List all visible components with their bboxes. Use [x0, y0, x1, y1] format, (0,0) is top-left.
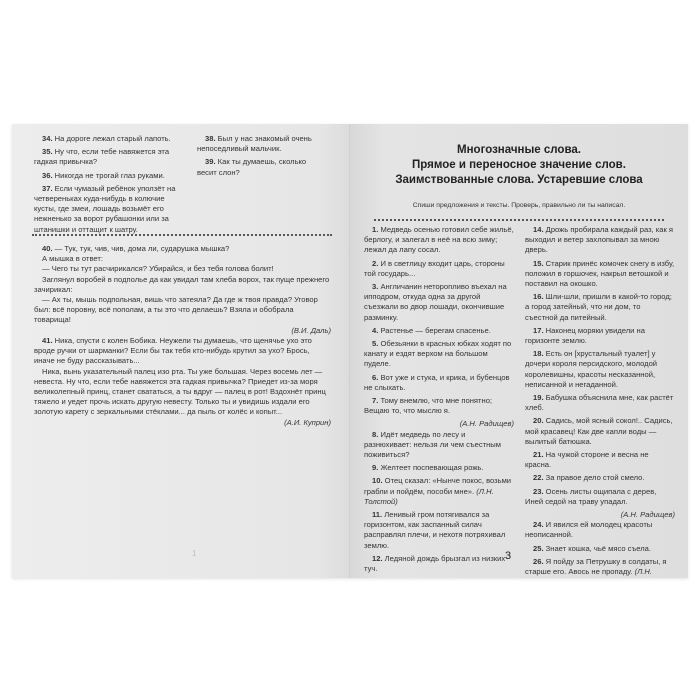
exercise-paragraph: — Чего ты тут расчирикался? Убирайся, и … [34, 264, 331, 274]
exercise-text: Никогда не трогай глаз руками. [55, 171, 165, 180]
exercise-text: — Чего ты тут расчирикался? Убирайся, и … [42, 264, 274, 273]
exercise-text: Старик принёс комочек снегу в избу, поло… [525, 259, 674, 288]
exercise-item: 19. Бабушка объяснила мне, как растёт хл… [525, 393, 675, 413]
exercise-item: 1. Медведь осенью готовил себе жильё, бе… [364, 225, 514, 256]
exercise-paragraph: А мышка в ответ: [34, 254, 331, 264]
exercise-number: 24. [533, 520, 546, 529]
title-line-1: Многозначные слова. [350, 143, 688, 158]
exercise-item: 34. На дороге лежал старый лапоть. [34, 134, 186, 144]
exercise-text: Ника, вынь указательный палец изо рта. Т… [34, 367, 326, 417]
exercise-text: Есть он [хрустальный туалет] у дочери ко… [525, 349, 657, 389]
exercise-item: 38. Был у нас знакомый очень непоседливы… [197, 134, 327, 154]
exercise-number: 36. [42, 171, 55, 180]
exercise-paragraph: 41. Ника, спусти с колен Бобика. Неужели… [34, 336, 331, 367]
exercise-item: 13. С ужасающим воем кот сорвался с берё… [364, 577, 514, 578]
exercise-number: 40. [42, 244, 55, 253]
left-page-top-right-column: 38. Был у нас знакомый очень непоседливы… [197, 134, 327, 181]
instruction-text: Спиши предложения и тексты. Проверь, пра… [370, 202, 668, 209]
exercise-item: 4. Растенье — берегам спасенье. [364, 326, 514, 336]
exercise-text: А мышка в ответ: [42, 254, 103, 263]
exercise-number: 11. [372, 510, 384, 519]
exercise-number: 20. [533, 416, 546, 425]
right-page-column-2: 14. Дрожь пробирала каждый раз, как я вы… [525, 225, 675, 578]
exercise-number: 21. [533, 450, 546, 459]
exercise-number: 10. [372, 476, 385, 485]
exercise-number: 37. [42, 184, 55, 193]
exercise-text: Англичанин неторопливо въехал на ипподро… [364, 282, 507, 322]
author-citation: (А.И. Куприн) [34, 418, 331, 428]
exercise-number: 35. [42, 147, 55, 156]
exercise-item: 2. И в светлицу входит царь, стороны той… [364, 259, 514, 279]
exercise-item: 22. За правое дело стой смело. [525, 473, 675, 483]
exercise-number: 18. [533, 349, 546, 358]
exercise-text: — Ах ты, мышь подпольная, вишь что затея… [34, 295, 318, 324]
exercise-text: Вот уже и стука, и крика, и бубенцов не … [364, 373, 510, 392]
exercise-number: 23. [533, 487, 546, 496]
dotted-divider [32, 234, 332, 236]
exercise-text: Дрожь пробирала каждый раз, как я выходи… [525, 225, 673, 254]
exercise-text: Ледяной дождь брызгал из низких туч. [364, 554, 505, 573]
exercise-item: 15. Старик принёс комочек снегу в избу, … [525, 259, 675, 290]
exercise-text: Растенье — берегам спасенье. [380, 326, 490, 335]
exercise-item: 37. Если чумазый ребёнок уползёт на четв… [34, 184, 186, 235]
exercise-text: Ленивый гром потягивался за горизонтом, … [364, 510, 505, 550]
exercise-number: 41. [42, 336, 55, 345]
exercise-text: За правое дело стой смело. [546, 473, 645, 482]
exercise-item: 16. Шли-шли, пришли в какой-то город; а … [525, 292, 675, 323]
exercise-item: 9. Желтеет поспевающая рожь. [364, 463, 514, 473]
right-page-column-1: 1. Медведь осенью готовил себе жильё, бе… [364, 225, 514, 578]
exercise-item: 20. Садись, мой ясный сокол!.. Садись, м… [525, 416, 675, 447]
exercise-item: 26. Я пойду за Петрушку в солдаты, я ста… [525, 557, 675, 578]
exercise-number: 14. [533, 225, 546, 234]
exercise-item: 39. Как ты думаешь, сколько весит слон? [197, 157, 327, 177]
exercise-40: 40. — Тук, тук, чив, чив, дома ли, судар… [34, 244, 331, 336]
exercise-item: 3. Англичанин неторопливо въехал на иппо… [364, 282, 514, 323]
exercise-item: 7. Тому внемлю, что мне понятно; Вещаю т… [364, 396, 514, 416]
exercise-paragraph: Заглянул воробей в подполье да как увида… [34, 275, 331, 295]
exercise-text: Заглянул воробей в подполье да как увида… [34, 275, 329, 294]
left-page-top-left-column: 34. На дороге лежал старый лапоть.35. Ну… [34, 134, 186, 238]
exercise-item: 10. Отец сказал: «Нынче покос, возьми гр… [364, 476, 514, 507]
right-page: Многозначные слова. Прямое и переносное … [350, 124, 688, 578]
left-page: 34. На дороге лежал старый лапоть.35. Ну… [12, 124, 350, 578]
exercise-number: 15. [533, 259, 546, 268]
author-citation: (В.И. Даль) [34, 326, 331, 336]
exercise-41: 41. Ника, спусти с колен Бобика. Неужели… [34, 336, 331, 428]
exercise-number: 13. [372, 577, 385, 578]
exercise-text: Ну что, если тебе навяжется эта гадкая п… [34, 147, 169, 166]
exercise-item: 14. Дрожь пробирала каждый раз, как я вы… [525, 225, 675, 256]
open-workbook: 34. На дороге лежал старый лапоть.35. Ну… [12, 124, 688, 578]
exercise-text: — Тук, тук, чив, чив, дома ли, сударушка… [55, 244, 230, 253]
exercise-text: Тому внемлю, что мне понятно; Вещаю то, … [364, 396, 492, 415]
exercise-number: 19. [533, 393, 546, 402]
exercise-item: 6. Вот уже и стука, и крика, и бубенцов … [364, 373, 514, 393]
exercise-number: 38. [205, 134, 218, 143]
exercise-text: Медведь осенью готовил себе жильё, берло… [364, 225, 514, 254]
exercise-number: 26. [533, 557, 546, 566]
exercise-text: Бабушка объяснила мне, как растёт хлеб. [525, 393, 673, 412]
exercise-text: На дороге лежал старый лапоть. [55, 134, 171, 143]
exercise-paragraph: — Ах ты, мышь подпольная, вишь что затея… [34, 295, 331, 326]
exercise-text: Обезьянки в красных юбках ходят по канат… [364, 339, 511, 368]
exercise-text: Шли-шли, пришли в какой-то город; а горо… [525, 292, 672, 321]
exercise-item: 23. Осень листы ощипала с дерев, Иней се… [525, 487, 675, 507]
exercise-number: 22. [533, 473, 546, 482]
right-page-number: 3 [505, 550, 511, 562]
exercise-item: 35. Ну что, если тебе навяжется эта гадк… [34, 147, 186, 167]
exercise-number: 17. [533, 326, 546, 335]
exercise-text: И в светлицу входит царь, стороны той го… [364, 259, 505, 278]
exercise-text: С ужасающим воем кот сорвался с берёзы, … [364, 577, 509, 578]
exercise-number: 12. [372, 554, 385, 563]
exercise-paragraph: Ника, вынь указательный палец изо рта. Т… [34, 367, 331, 418]
title-line-2: Прямое и переносное значение слов. [350, 158, 688, 173]
exercise-item: 24. И явился ей молодец красоты неописан… [525, 520, 675, 540]
exercise-number: 25. [533, 544, 546, 553]
author-citation: (А.Н. Радищев) [525, 510, 675, 520]
exercise-item: 21. На чужой стороне и весна не красна. [525, 450, 675, 470]
exercise-item: 17. Наконец моряки увидели на горизонте … [525, 326, 675, 346]
exercise-item: 12. Ледяной дождь брызгал из низких туч. [364, 554, 514, 574]
exercise-text: Садись, мой ясный сокол!.. Садись, мой к… [525, 416, 673, 445]
exercise-item: 36. Никогда не трогай глаз руками. [34, 171, 186, 181]
exercise-text: Если чумазый ребёнок уползёт на четверен… [34, 184, 175, 234]
exercise-text: Осень листы ощипала с дерев, Иней седой … [525, 487, 656, 506]
exercise-number: 39. [205, 157, 218, 166]
exercise-text: Идёт медведь по лесу и разнюхивает: нель… [364, 430, 501, 459]
exercise-item: 5. Обезьянки в красных юбках ходят по ка… [364, 339, 514, 370]
exercise-item: 11. Ленивый гром потягивался за горизонт… [364, 510, 514, 551]
exercise-paragraph: 40. — Тук, тук, чив, чив, дома ли, судар… [34, 244, 331, 254]
exercise-item: 8. Идёт медведь по лесу и разнюхивает: н… [364, 430, 514, 461]
exercise-number: 16. [533, 292, 546, 301]
left-page-number: 1 [192, 549, 196, 558]
exercise-text: Знает кошка, чьё мясо съела. [546, 544, 651, 553]
section-title: Многозначные слова. Прямое и переносное … [350, 143, 688, 188]
exercise-text: Желтеет поспевающая рожь. [380, 463, 483, 472]
author-citation: (А.Н. Радищев) [364, 419, 514, 429]
exercise-item: 18. Есть он [хрустальный туалет] у дочер… [525, 349, 675, 390]
exercise-item: 25. Знает кошка, чьё мясо съела. [525, 544, 675, 554]
title-line-3: Заимствованные слова. Устаревшие слова [350, 173, 688, 188]
exercise-text: Ника, спусти с колен Бобика. Неужели ты … [34, 336, 312, 365]
dotted-divider [374, 219, 664, 221]
exercise-number: 34. [42, 134, 55, 143]
